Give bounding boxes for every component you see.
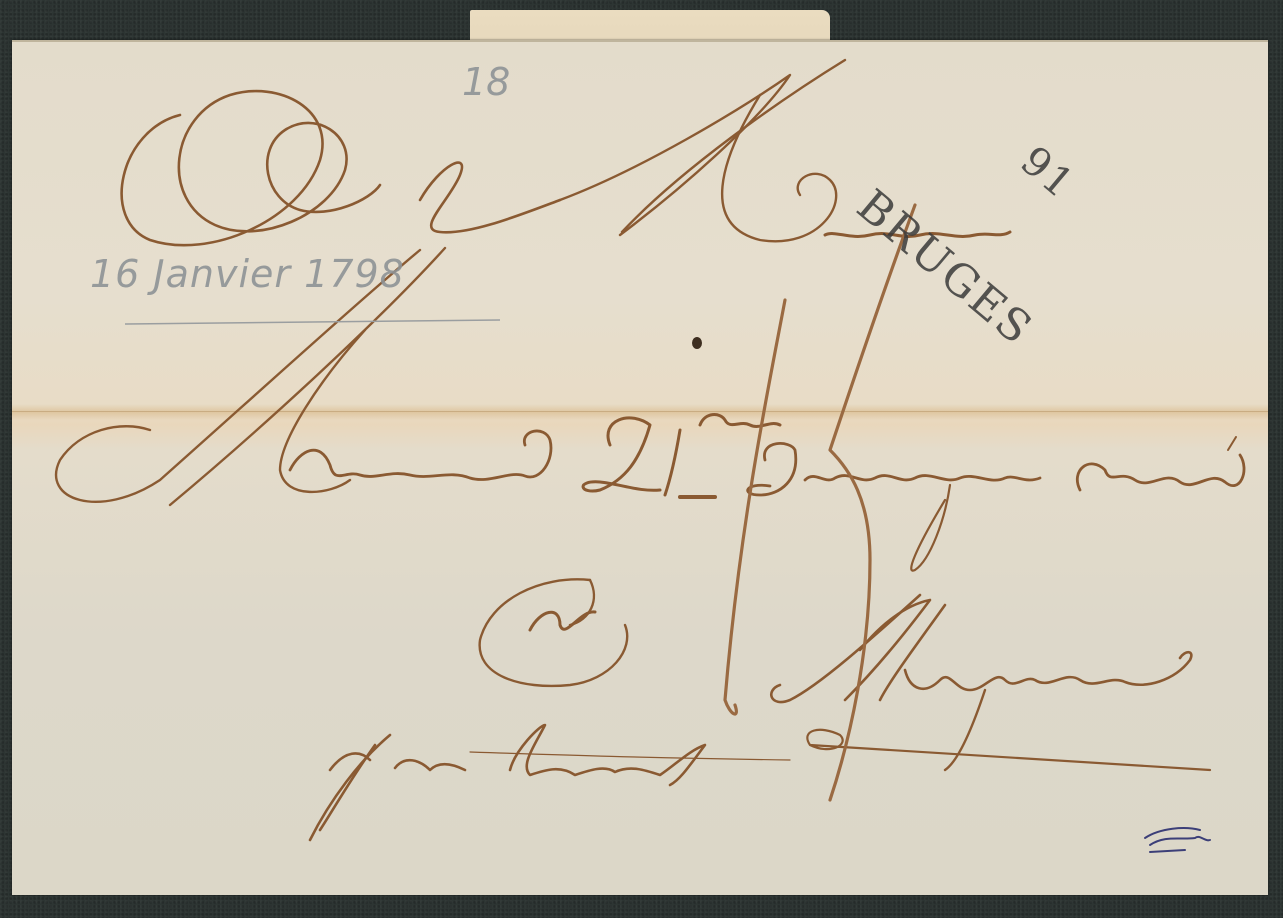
routing-par-tartas [310, 725, 790, 840]
pencil-number-18: 18 [462, 60, 510, 104]
handwriting-layer [0, 0, 1283, 918]
address-a-circle [480, 579, 628, 686]
collector-mark [1145, 828, 1210, 852]
address-mugron [771, 595, 1210, 770]
address-onsieur [290, 431, 551, 480]
address-domenger-aine [748, 437, 1244, 571]
charge-mark-15 [725, 205, 915, 800]
salutation-de-flourish [122, 91, 560, 245]
pencil-underline [125, 320, 500, 324]
pencil-date: 16 Janvier 1798 [90, 252, 405, 296]
salutation-monsieur-m [560, 60, 845, 241]
ink-blot [692, 337, 702, 349]
